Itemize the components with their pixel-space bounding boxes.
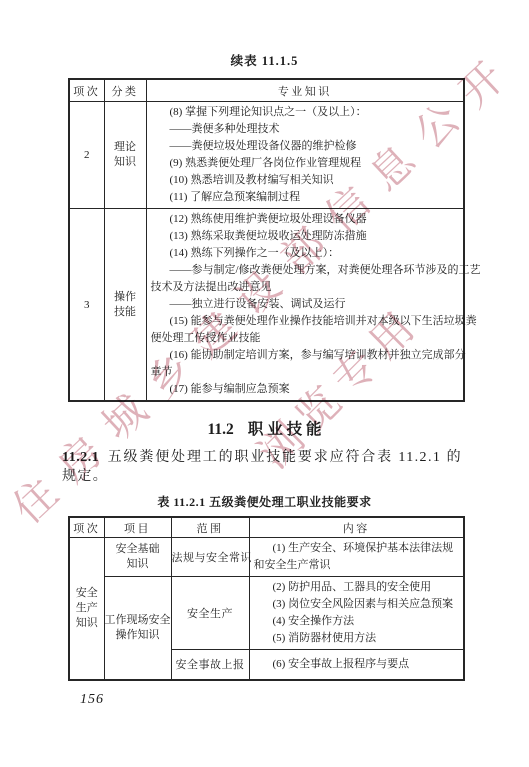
content-line: 和安全生产常识 — [251, 557, 463, 574]
section-number: 11.2 — [208, 421, 234, 438]
section-title: 职 业 技 能 — [248, 421, 322, 438]
category-label: 理论知识 — [114, 140, 136, 170]
clause-text: 五级粪便处理工的职业技能要求应符合表 11.2.1 的规定。 — [62, 450, 462, 484]
content-line: (8) 掌握下列理论知识点之一（及以上）： — [148, 104, 463, 121]
table2-row-basic-safety: 安全生产知识 安全基础知识 法规与安全常识 (1) 生产安全、环境保护基本法律法… — [69, 538, 464, 577]
table2-header-row: 项次 项目 范围 内容 — [69, 517, 464, 538]
content-line: (2) 防护用品、工器具的安全使用 — [251, 579, 463, 596]
scope-cell: 安全事故上报 — [171, 650, 249, 680]
project-label: 安全基础知识 — [116, 542, 160, 572]
clause-number: 11.2.1 — [62, 450, 99, 465]
table2-col-header-content: 内容 — [249, 517, 464, 538]
content-line: (1) 生产安全、环境保护基本法律法规 — [251, 540, 463, 557]
table2-row-site-safety: 工作现场安全操作知识 安全生产 (2) 防护用品、工器具的安全使用(3) 岗位安… — [69, 577, 464, 650]
item-no-cell: 3 — [69, 209, 104, 402]
skill-requirements-table: 项次 项目 范围 内容 安全生产知识 安全基础知识 法规与安全常识 (1) 生产… — [68, 516, 465, 681]
content-line: ——粪便垃圾处理设备仪器的维护检修 — [148, 138, 463, 155]
content-line: (15) 能参与粪便处理作业操作技能培训并对本级以下生活垃圾粪 — [148, 313, 463, 330]
content-line: ——参与制定/修改粪便处理方案，对粪便处理各环节涉及的工艺 — [148, 262, 463, 279]
content-line: 便处理工传授作业技能 — [148, 330, 463, 347]
content-line: (9) 熟悉粪便处理厂各岗位作业管理规程 — [148, 155, 463, 172]
content-line: 技术及方法提出改进意见 — [148, 279, 463, 296]
project-cell: 工作现场安全操作知识 — [104, 577, 171, 680]
scope-cell: 法规与安全常识 — [171, 538, 249, 577]
table1-col-header-category: 分类 — [104, 79, 146, 102]
table2-caption: 表 11.2.1 五级粪便处理工职业技能要求 — [0, 493, 529, 510]
table2-col-header-item-no: 项次 — [69, 517, 104, 538]
content-line: (6) 安全事故上报程序与要点 — [251, 656, 463, 673]
professional-knowledge-table: 项次 分类 专业知识 2 理论知识 (8) 掌握下列理论知识点之一（及以上）：—… — [68, 78, 465, 402]
category-label: 操作技能 — [114, 290, 136, 320]
content-cell: (6) 安全事故上报程序与要点 — [249, 650, 464, 680]
group-label-cell: 安全生产知识 — [69, 538, 104, 680]
scope-cell: 安全生产 — [171, 577, 249, 650]
table1-row-theory: 2 理论知识 (8) 掌握下列理论知识点之一（及以上）：——粪便多种处理技术——… — [69, 102, 464, 209]
table2-col-header-project: 项目 — [104, 517, 171, 538]
knowledge-content-cell: (8) 掌握下列理论知识点之一（及以上）：——粪便多种处理技术——粪便垃圾处理设… — [146, 102, 464, 209]
category-cell: 理论知识 — [104, 102, 146, 209]
content-line: (13) 熟练采取粪便垃圾收运处理防冻措施 — [148, 228, 463, 245]
document-page: 续表 11.1.5 项次 分类 专业知识 2 理论知识 (8) 掌握下列理论知识… — [0, 0, 529, 767]
content-line: (14) 熟练下列操作之一（及以上）： — [148, 245, 463, 262]
project-cell: 安全基础知识 — [104, 538, 171, 577]
content-line: ——独立进行设备安装、调试及运行 — [148, 296, 463, 313]
table1-col-header-knowledge: 专业知识 — [146, 79, 464, 102]
table2-col-header-scope: 范围 — [171, 517, 249, 538]
content-line: (4) 安全操作方法 — [251, 613, 463, 630]
content-line: (11) 了解应急预案编制过程 — [148, 189, 463, 206]
item-no-cell: 2 — [69, 102, 104, 209]
content-line: (3) 岗位安全风险因素与相关应急预案 — [251, 596, 463, 613]
content-cell: (2) 防护用品、工器具的安全使用(3) 岗位安全风险因素与相关应急预案(4) … — [249, 577, 464, 650]
content-line: (12) 熟练使用维护粪便垃圾处理设备仪器 — [148, 211, 463, 228]
table1-col-header-item-no: 项次 — [69, 79, 104, 102]
content-line: ——粪便多种处理技术 — [148, 121, 463, 138]
table1-header-row: 项次 分类 专业知识 — [69, 79, 464, 102]
clause-paragraph: 11.2.1五级粪便处理工的职业技能要求应符合表 11.2.1 的规定。 — [62, 448, 462, 486]
content-line: (17) 能参与编制应急预案 — [148, 381, 463, 398]
page-number: 156 — [80, 692, 104, 708]
project-label: 工作现场安全操作知识 — [105, 613, 171, 643]
content-line: (10) 熟悉培训及教材编写相关知识 — [148, 172, 463, 189]
section-heading: 11.2职 业 技 能 — [0, 417, 529, 439]
content-cell: (1) 生产安全、环境保护基本法律法规和安全生产常识 — [249, 538, 464, 577]
knowledge-content-cell: (12) 熟练使用维护粪便垃圾处理设备仪器(13) 熟练采取粪便垃圾收运处理防冻… — [146, 209, 464, 402]
category-cell: 操作技能 — [104, 209, 146, 402]
table1-caption: 续表 11.1.5 — [0, 51, 529, 69]
table1-row-operation: 3 操作技能 (12) 熟练使用维护粪便垃圾处理设备仪器(13) 熟练采取粪便垃… — [69, 209, 464, 402]
content-line: 章节 — [148, 364, 463, 381]
content-line: (5) 消防器材使用方法 — [251, 630, 463, 647]
group-label: 安全生产知识 — [76, 586, 98, 631]
content-line: (16) 能协助制定培训方案，参与编写培训教材并独立完成部分 — [148, 347, 463, 364]
